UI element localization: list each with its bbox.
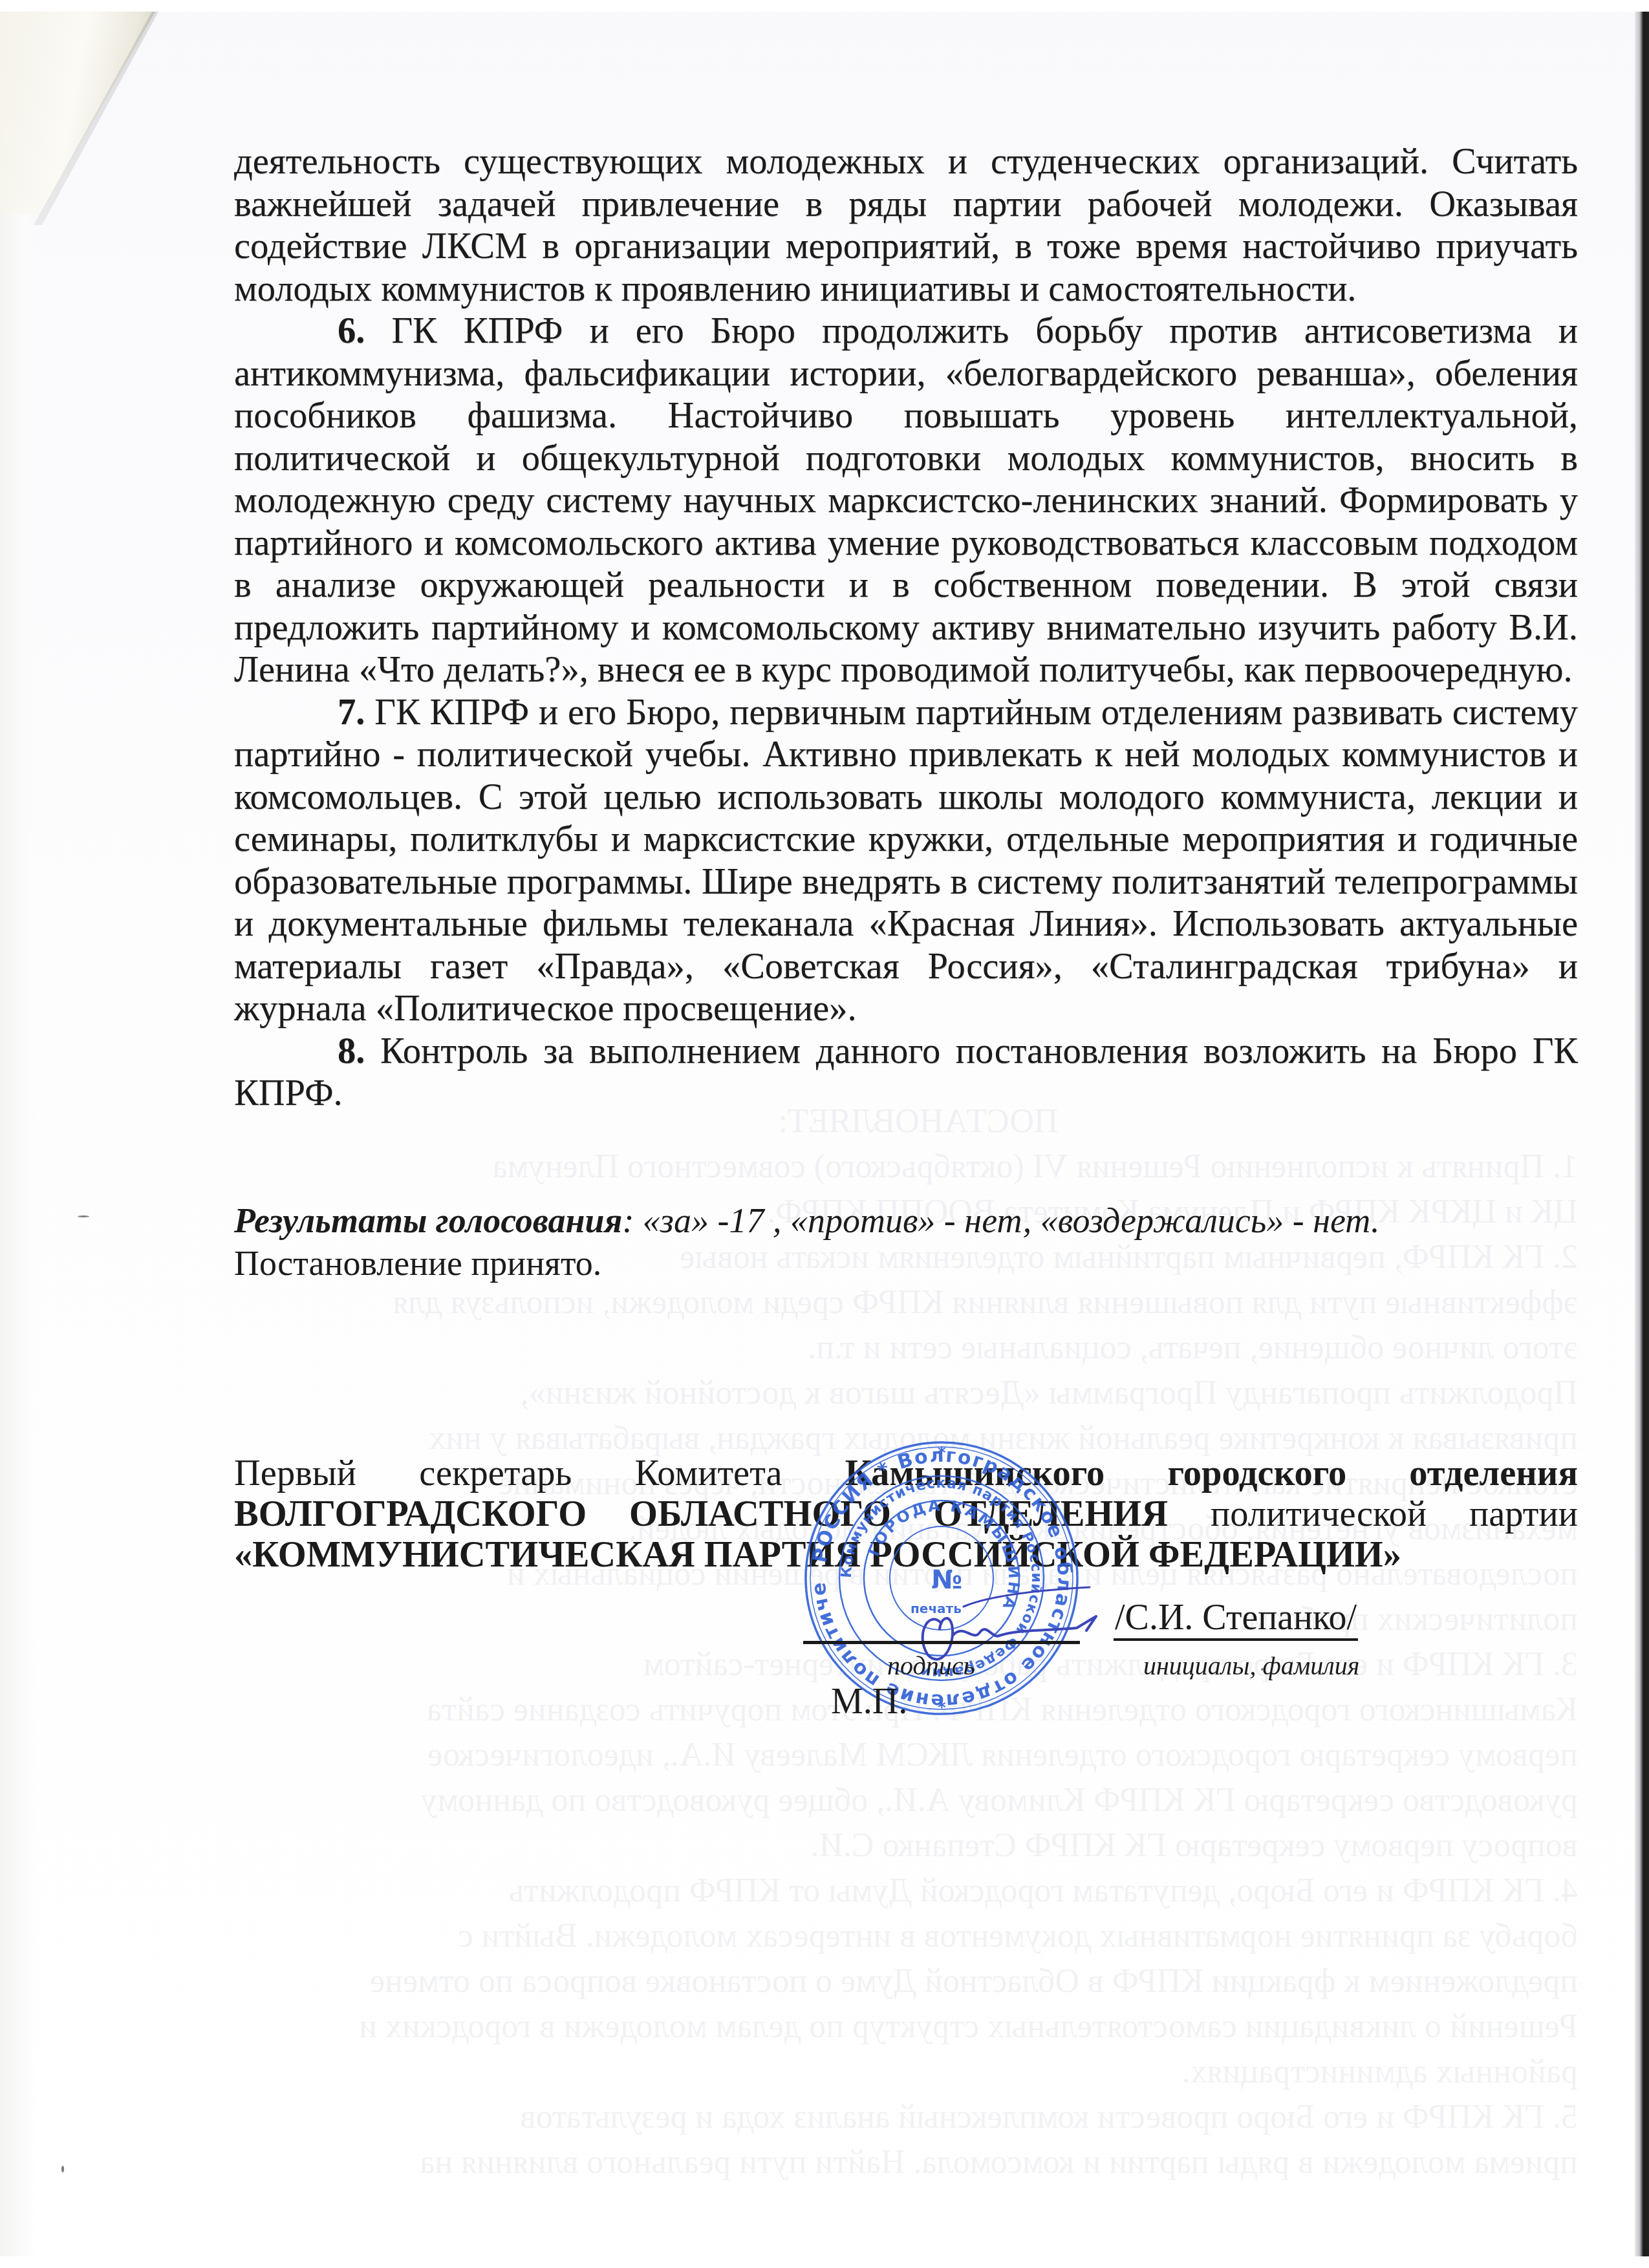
signatory-position: Первый секретарь Комитета bbox=[234, 1453, 845, 1493]
document-body: деятельность существующих молодежных и с… bbox=[234, 141, 1578, 1115]
item-number: 7. bbox=[338, 692, 365, 733]
signatory-line-3: «КОММУНИСТИЧЕСКАЯ ПАРТИЯ РОССИЙСКОЙ ФЕДЕ… bbox=[234, 1535, 1578, 1576]
paragraph-text: ГК КПРФ и его Бюро продолжить борьбу про… bbox=[234, 311, 1578, 690]
scan-speck bbox=[78, 1215, 89, 1217]
scanner-bottom-margin bbox=[0, 2256, 1649, 2268]
signatory-name: /С.И. Степанко/ bbox=[1114, 1597, 1358, 1641]
page-left-edge bbox=[0, 213, 36, 2256]
item-number: 8. bbox=[338, 1031, 365, 1071]
signature-line bbox=[803, 1641, 1080, 1644]
paragraph-continuation: деятельность существующих молодежных и с… bbox=[234, 141, 1578, 310]
voting-line: Результаты голосования: «за» -17 , «прот… bbox=[234, 1199, 1578, 1242]
voting-counts: : «за» -17 , «против» - нет, «воздержали… bbox=[622, 1201, 1379, 1240]
seal-mark: М.П. bbox=[831, 1681, 907, 1722]
party-name: «КОММУНИСТИЧЕСКАЯ ПАРТИЯ РОССИЙСКОЙ ФЕДЕ… bbox=[234, 1535, 1401, 1575]
signatory-line-1: Первый секретарь Комитета Камышинского г… bbox=[234, 1453, 1578, 1494]
item-number: 6. bbox=[338, 311, 365, 351]
paragraph-text: Контроль за выполнением данного постанов… bbox=[234, 1031, 1578, 1114]
name-caption: инициалы, фамилия bbox=[1143, 1651, 1359, 1682]
voting-results: Результаты голосования: «за» -17 , «прот… bbox=[234, 1199, 1578, 1285]
signature-caption: подпись bbox=[887, 1651, 975, 1682]
scanner-edge bbox=[1635, 12, 1649, 2256]
scan-speck bbox=[61, 2166, 64, 2172]
signatory-line-2: ВОЛГОГРАДСКОГО ОБЛАСТНОГО ОТДЕЛЕНИЯ поли… bbox=[234, 1494, 1578, 1535]
signatory-title: Первый секретарь Комитета Камышинского г… bbox=[234, 1453, 1578, 1576]
decision-text: Постановление принято. bbox=[234, 1242, 1578, 1285]
signatory-branch: Камышинского городского отделения bbox=[845, 1453, 1578, 1493]
paragraph-text: ГК КПРФ и его Бюро, первичным партийным … bbox=[234, 692, 1578, 1029]
signatory-regional-branch: ВОЛГОГРАДСКОГО ОБЛАСТНОГО ОТДЕЛЕНИЯ bbox=[234, 1494, 1168, 1534]
scan-speck bbox=[1261, 1668, 1264, 1671]
signatory-party-type: политической партии bbox=[1168, 1494, 1578, 1534]
voting-label: Результаты голосования bbox=[234, 1201, 622, 1240]
paragraph-6: 6. ГК КПРФ и его Бюро продолжить борьбу … bbox=[234, 310, 1578, 692]
paragraph-8: 8. Контроль за выполнением данного поста… bbox=[234, 1031, 1578, 1115]
paragraph-7: 7. ГК КПРФ и его Бюро, первичным партийн… bbox=[234, 692, 1578, 1031]
